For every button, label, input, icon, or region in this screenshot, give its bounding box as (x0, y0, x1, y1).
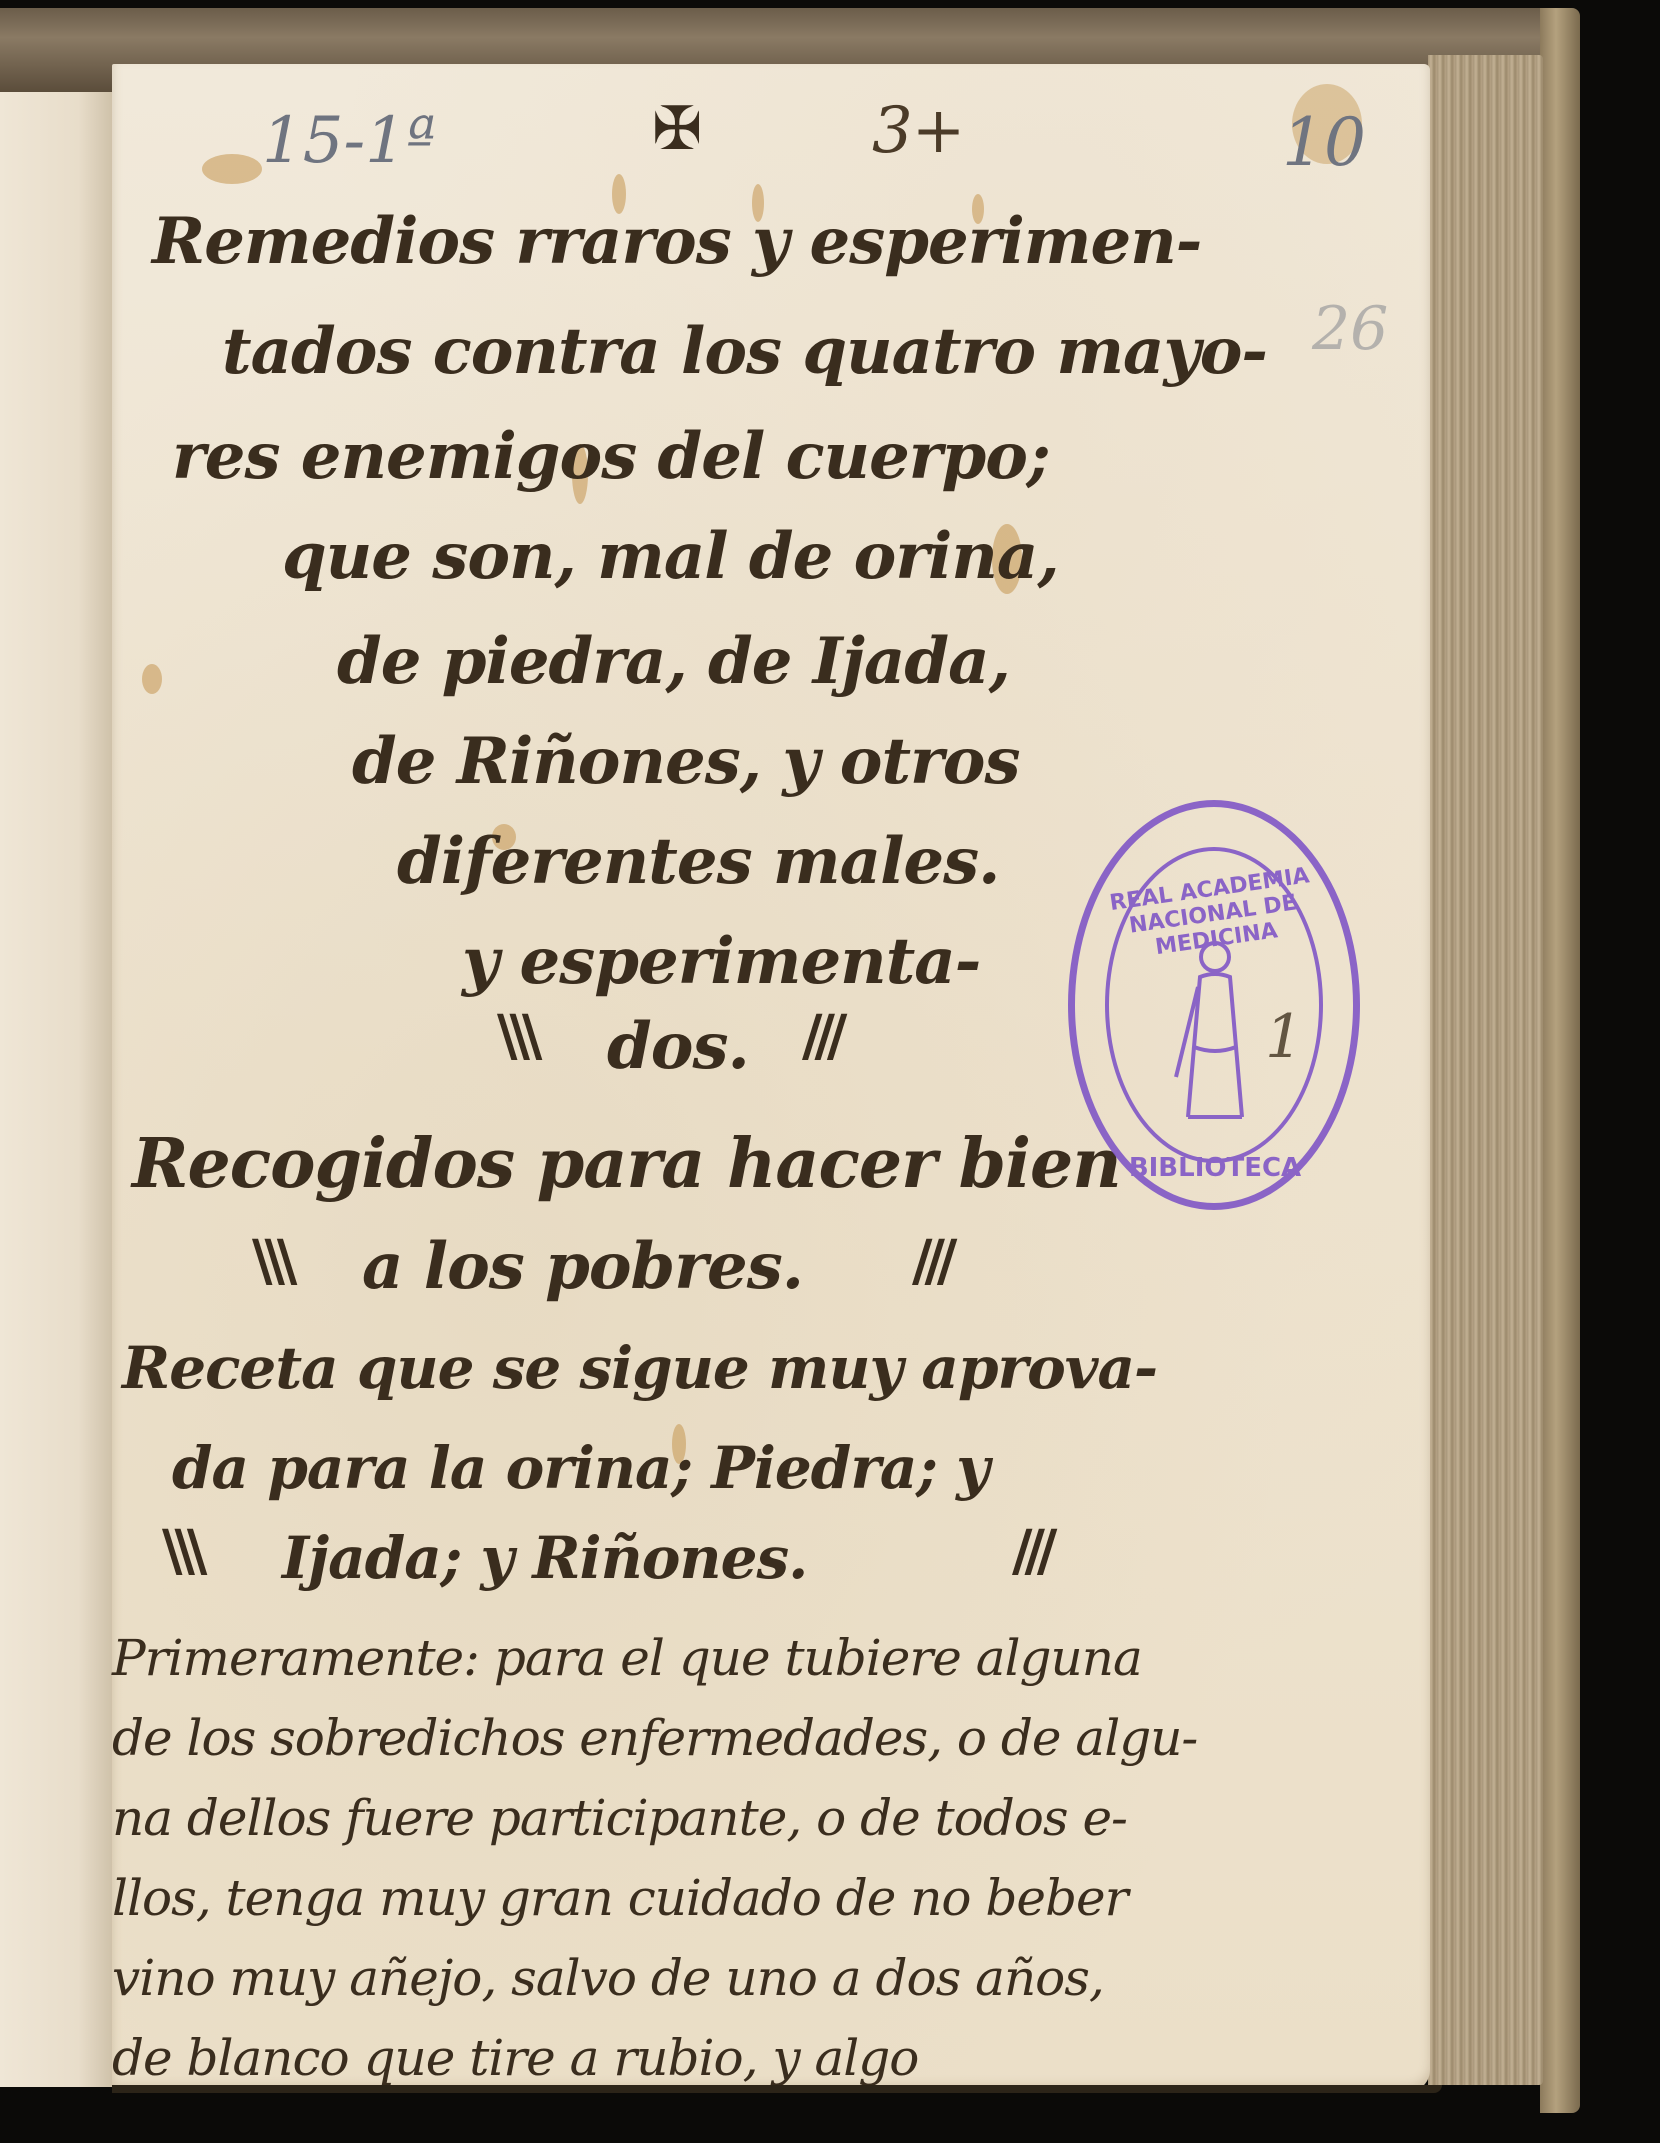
page-fore-edge (1428, 55, 1543, 2085)
body-line-3: na dellos fuere participante, o de todos… (112, 1789, 1127, 1847)
recipe-heading-line-1: Receta que se sigue muy aprova- (122, 1334, 1157, 1402)
ornament-left: \\\ (497, 1004, 534, 1069)
recipe-heading-line-3: Ijada; y Riñones. (282, 1524, 807, 1592)
title-line-7: diferentes males. (397, 824, 999, 899)
ornament-right: /// (802, 1004, 839, 1069)
page-bottom-edge (112, 2085, 1442, 2093)
recipe-heading-line-2: da para la orina; Piedra; y (172, 1434, 989, 1502)
body-line-4: llos, tenga muy gran cuidado de no beber (112, 1869, 1128, 1927)
ornament-left: \\\ (252, 1229, 289, 1294)
stain (142, 664, 162, 694)
stamp-handwritten-number: 1 (1265, 1002, 1303, 1072)
body-line-6: de blanco que tire a rubio, y algo (112, 2029, 918, 2087)
title-line-6: de Riñones, y otros (352, 724, 1019, 799)
stain (202, 154, 262, 184)
shelfmark-annotation: 15-1ª (262, 104, 436, 178)
library-stamp: REAL ACADEMIA NACIONAL DE MEDICINA 1 BIB… (1068, 800, 1360, 1210)
title-line-1: Remedios rraros y esperimen- (152, 204, 1201, 279)
book-cover-right (1540, 8, 1580, 2113)
title-line-9: dos. (607, 1009, 749, 1084)
left-facing-page (0, 92, 114, 2087)
body-line-2: de los sobredichos enfermedades, o de al… (112, 1709, 1197, 1767)
cross-mark: ✠ (652, 94, 701, 164)
body-line-5: vino muy añejo, salvo de uno a dos años, (112, 1949, 1104, 2007)
title-line-3: res enemigos del cuerpo; (172, 419, 1050, 494)
title-line-5: de piedra, de Ijada, (337, 624, 1010, 699)
ornament-right: /// (912, 1229, 949, 1294)
title-line-8: y esperimenta- (462, 924, 980, 999)
title-line-2: tados contra los quatro mayo- (222, 314, 1267, 389)
folio-number: 10 (1282, 104, 1366, 181)
allegorical-figure-icon (1170, 927, 1260, 1127)
margin-number: 26 (1312, 294, 1388, 364)
ornament-right: /// (1012, 1519, 1049, 1584)
number-annotation: 3+ (872, 94, 964, 168)
stamp-text-bottom: BIBLIOTECA (1105, 1153, 1325, 1183)
ornament-left: \\\ (162, 1519, 199, 1584)
subtitle-line-2: a los pobres. (362, 1229, 803, 1304)
title-line-4: que son, mal de orina, (282, 519, 1059, 594)
body-line-1: Primeramente: para el que tubiere alguna (112, 1629, 1142, 1687)
subtitle-line-1: Recogidos para hacer bien (132, 1124, 1121, 1204)
